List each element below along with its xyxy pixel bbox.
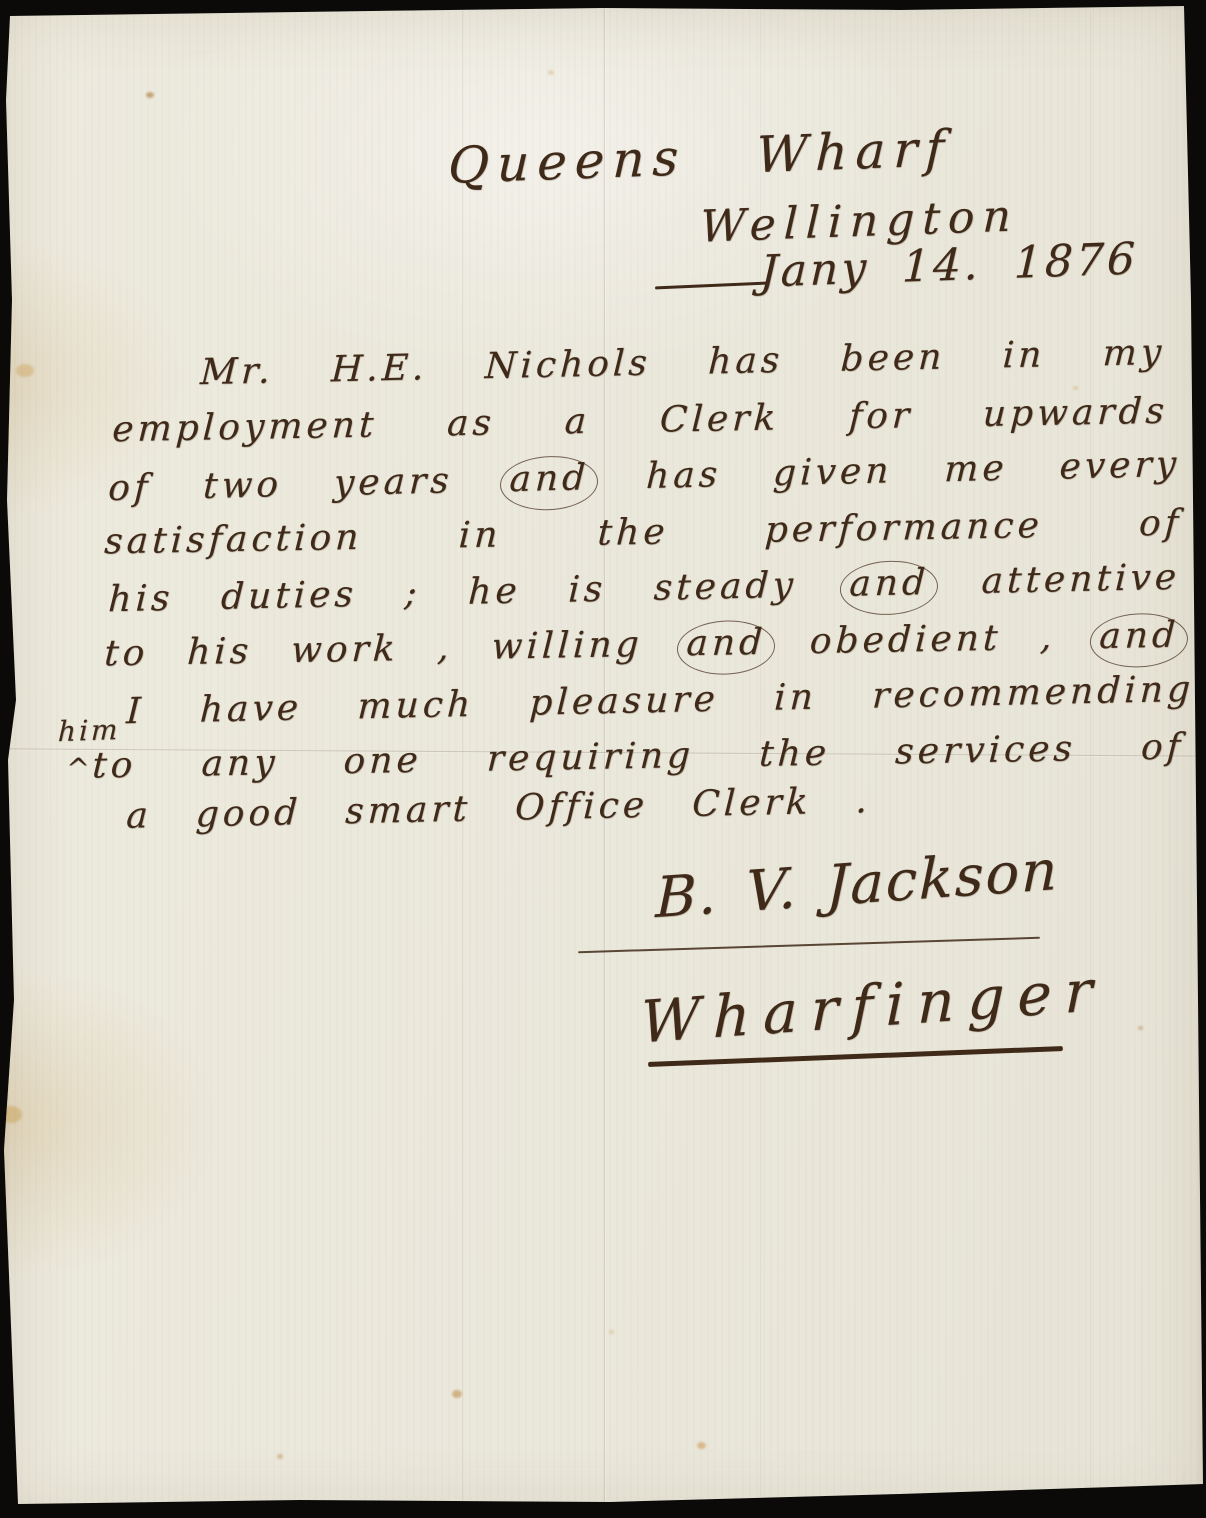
letter-page: Queens Wharf Wellington Jany 14. 1876 Mr…: [0, 0, 1206, 1518]
foxing-spot: [1138, 1026, 1143, 1030]
inserted-word: him: [57, 713, 121, 748]
foxing-spot: [1073, 386, 1078, 390]
signature-name: B. V. Jackson: [655, 838, 1060, 931]
foxing-spot: [277, 1454, 283, 1459]
foxing-spot: [548, 70, 554, 75]
scan-background: Queens Wharf Wellington Jany 14. 1876 Mr…: [0, 0, 1206, 1518]
foxing-spot: [146, 92, 154, 98]
signature-title: Wharfinger: [640, 956, 1106, 1057]
body-line-1: Mr.H.E.Nicholshasbeeninmy: [199, 332, 1166, 402]
signature-flourish-stroke: [578, 937, 1040, 954]
foxing-spot: [16, 364, 34, 377]
date-flourish-stroke: [655, 282, 767, 290]
foxing-spot: [452, 1390, 462, 1398]
heading-place: Queens Wharf: [447, 119, 953, 195]
insertion-caret: ^: [65, 752, 91, 785]
foxing-spot: [697, 1442, 706, 1449]
foxing-spot: [609, 1330, 614, 1334]
foxing-spot: [0, 1106, 22, 1123]
